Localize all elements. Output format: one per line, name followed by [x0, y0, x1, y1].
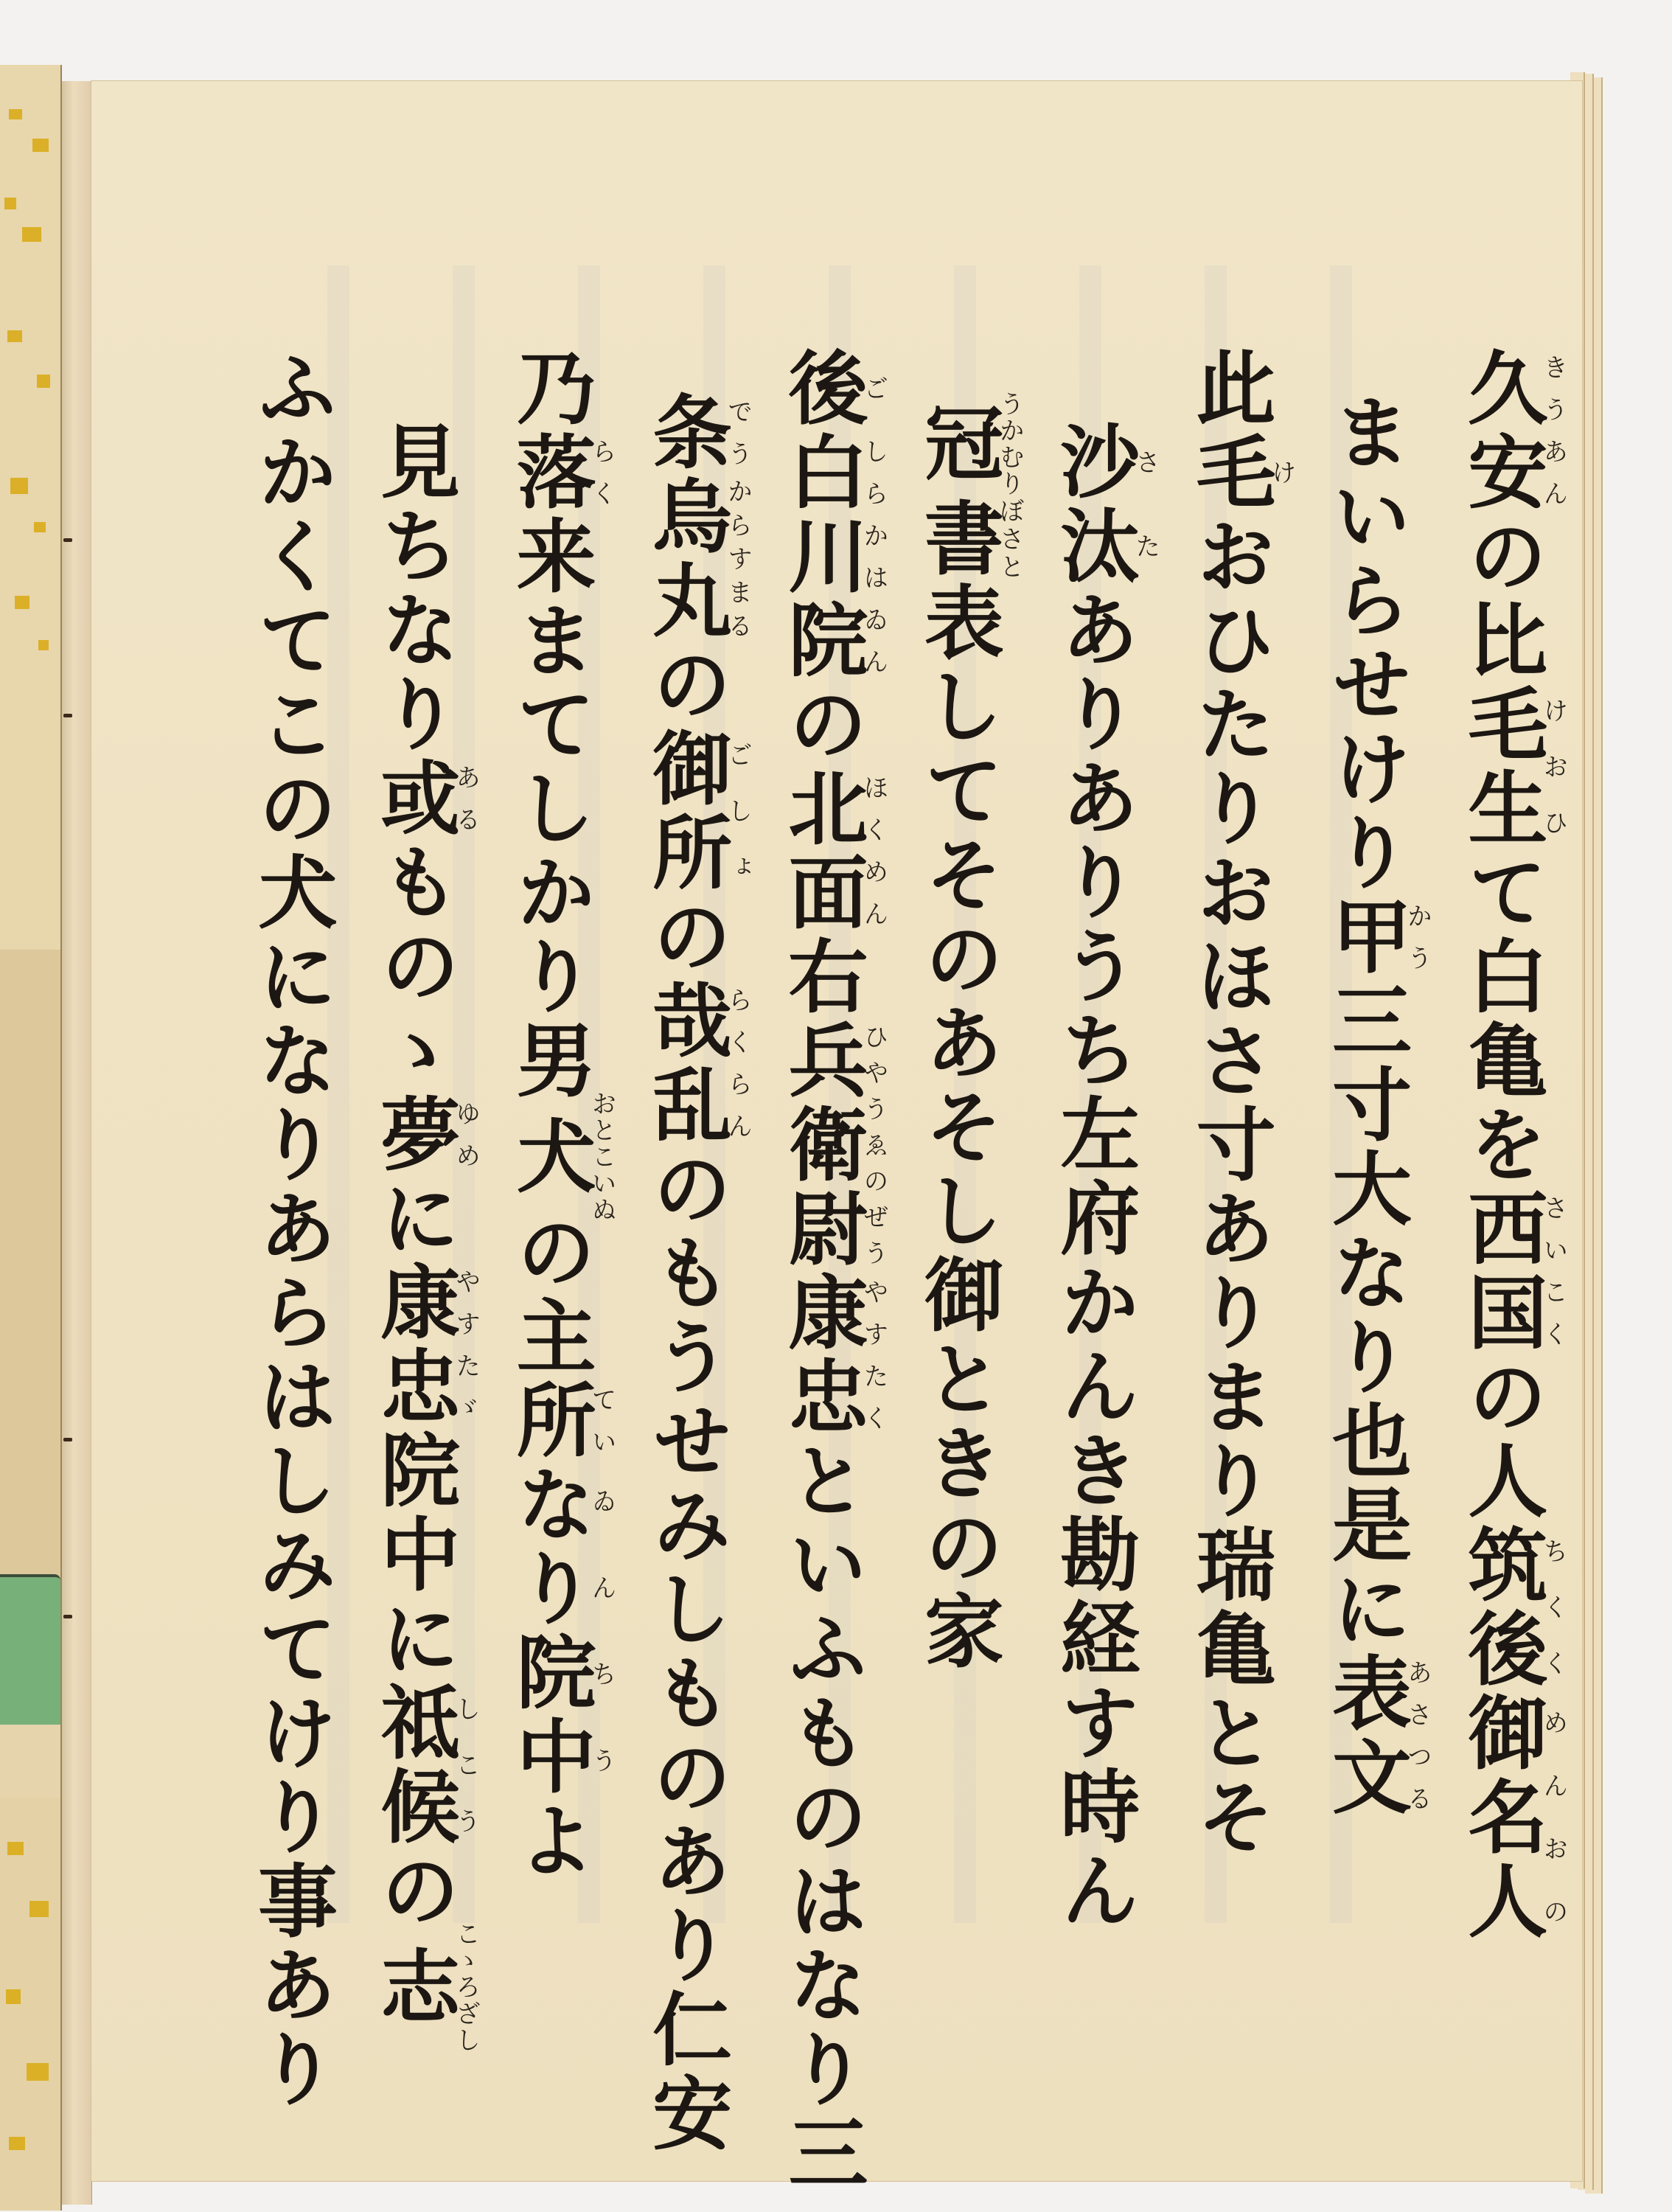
- furigana: うかむり: [995, 391, 1024, 497]
- text-segment: 来まてしかり男: [503, 515, 596, 1103]
- ruby-annotated-text: 夢ゆめ: [367, 1093, 460, 1177]
- ruby-annotated-text: 烏丸からすまる: [639, 475, 732, 643]
- furigana: かう: [1403, 895, 1432, 979]
- binding-stitch-hole: [63, 1438, 72, 1441]
- ruby-annotated-text: 書ぼさと: [910, 497, 1003, 581]
- text-segment: よ: [503, 1799, 596, 1883]
- furigana: た: [1131, 504, 1160, 588]
- furigana: からすまる: [723, 475, 753, 643]
- text-segment: の: [639, 643, 732, 727]
- text-column-3: 此毛けおひたりおほさ寸ありまり瑞亀とそ: [1177, 347, 1294, 2116]
- text-segment: まいらせけり: [1319, 391, 1412, 895]
- text-segment: ありまり瑞亀とそ: [1182, 1187, 1275, 1860]
- cover-green-painting: [0, 1574, 60, 1725]
- text-column-6: 後ご白川院しらかはゐんの北面ほくめん右兵衛尉ひやうゑのぜう康やす忠たくといふもの…: [770, 347, 886, 2116]
- text-segment: の人: [1455, 1355, 1547, 1523]
- text-segment: ありありうち左府かんき勘経す時ん: [1047, 588, 1140, 1933]
- ruby-annotated-text: 哉乱らくらん: [639, 979, 732, 1147]
- binding-gutter: [62, 81, 92, 2205]
- ruby-annotated-text: 祗候しこう: [367, 1681, 460, 1849]
- furigana: ぼさと: [995, 497, 1024, 581]
- text-segment: の: [639, 1147, 732, 1231]
- text-segment: もうせみしものあり仁安: [639, 1231, 732, 2156]
- text-column-1: 久安きうあんの比毛生けおひて白亀を西国さいこくの人筑後ちくく御名人めんおの: [1449, 347, 1566, 2116]
- text-segment: 此: [1182, 347, 1275, 431]
- furigana: らくらん: [723, 979, 753, 1147]
- binding-stitch-hole: [63, 714, 72, 717]
- text-segment: て白亀を: [1455, 851, 1547, 1187]
- furigana: さいこく: [1539, 1187, 1568, 1355]
- ruby-annotated-text: 康忠やすたゞ: [367, 1261, 460, 1429]
- binding-stitch-hole: [63, 1615, 72, 1618]
- furigana: ちくく: [1539, 1523, 1568, 1691]
- furigana: さ: [1131, 420, 1160, 504]
- text-column-5: 冠うかむり書ぼさと表してそのあそし御ときの家: [905, 347, 1022, 2116]
- furigana: でう: [723, 391, 753, 475]
- furigana: らく: [587, 431, 616, 515]
- text-segment: 見ちなり: [367, 420, 460, 757]
- text-column-9: 見ちなり或あるものゝ夢ゆめに康忠やすたゞ院中に祗候しこうの志こゝろざし: [361, 347, 478, 2116]
- text-segment: の: [503, 1211, 596, 1295]
- ruby-annotated-text: 志こゝろざし: [367, 1933, 460, 2053]
- ruby-annotated-text: 落らく: [503, 431, 596, 515]
- furigana: ある: [451, 757, 481, 841]
- furigana: しこう: [451, 1681, 481, 1849]
- text-segment: の: [1455, 515, 1547, 599]
- furigana: ひやうゑのぜう: [859, 1019, 888, 1271]
- furigana: ご: [859, 347, 888, 431]
- furigana: けおひ: [1539, 683, 1568, 851]
- furigana: ごしょ: [723, 727, 753, 895]
- ruby-annotated-text: 犬おとこいぬ: [503, 1103, 596, 1211]
- text-column-2: まいらせけり甲かう三寸大なり也是に表文あさつる: [1313, 347, 1429, 2116]
- ruby-annotated-text: 条でう: [639, 391, 732, 475]
- text-segment: そのあそし: [910, 833, 1003, 1253]
- furigana: てい: [587, 1379, 616, 1463]
- furigana: やすたゞ: [451, 1261, 481, 1429]
- ruby-annotated-text: 兵衛尉ひやうゑのぜう: [775, 1019, 868, 1271]
- text-segment: の: [775, 683, 868, 767]
- ruby-annotated-text: 冠うかむり: [910, 391, 1003, 497]
- book-cover-strip: [0, 65, 62, 2211]
- text-segment: 寸: [1182, 1103, 1275, 1187]
- text-column-4: 沙さ汰たありありうち左府かんき勘経す時ん: [1041, 347, 1157, 2116]
- ruby-annotated-text: 後ご: [775, 347, 868, 431]
- ruby-annotated-text: 康やす: [775, 1271, 868, 1355]
- text-segment: 右: [775, 935, 868, 1019]
- ruby-annotated-text: 忠たく: [775, 1355, 868, 1439]
- text-segment: 表して: [910, 581, 1003, 833]
- ruby-annotated-text: 毛け: [1182, 431, 1275, 515]
- furigana: あさつる: [1403, 1652, 1432, 1820]
- text-segment: 主: [503, 1295, 596, 1379]
- furigana: たく: [859, 1355, 888, 1439]
- text-column-10: ふかくてこの犬になりあらはしみてけり事あり: [239, 347, 342, 2116]
- furigana: け: [1267, 431, 1296, 515]
- ruby-annotated-text: 沙さ: [1047, 420, 1140, 504]
- furigana: ほくめん: [859, 767, 888, 935]
- furigana: きうあん: [1539, 347, 1568, 515]
- furigana: しらかはゐん: [859, 431, 888, 683]
- ruby-annotated-text: 筑後ちくく: [1455, 1523, 1547, 1691]
- furigana: おとこいぬ: [587, 1091, 616, 1223]
- ruby-annotated-text: 甲かう: [1319, 895, 1412, 979]
- text-segment: 比: [1455, 599, 1547, 683]
- text-segment: ふかくてこの犬になりあらはしみてけり: [244, 347, 337, 1860]
- text-column-7: 条でう烏丸からすまるの御所ごしょの哉乱らくらんのもうせみしものあり仁安: [633, 347, 750, 2116]
- ruby-annotated-text: 御名人めんおの: [1455, 1691, 1547, 1944]
- ruby-annotated-text: 表文あさつる: [1319, 1652, 1412, 1820]
- ruby-annotated-text: なり院中ゐんちう: [503, 1463, 596, 1799]
- cover-lower-gold-area: [0, 1798, 60, 2211]
- cover-tan-band: [0, 950, 60, 1613]
- ruby-annotated-text: 汰た: [1047, 504, 1140, 588]
- text-segment: ものゝ: [367, 841, 460, 1093]
- vertical-text-block: 久安きうあんの比毛生けおひて白亀を西国さいこくの人筑後ちくく御名人めんおのまいら…: [239, 347, 1566, 2116]
- text-segment: おひたりおほさ: [1182, 515, 1275, 1103]
- cover-gold-fleck-area: [0, 65, 60, 950]
- furigana: ゐんちう: [587, 1463, 616, 1799]
- text-segment: 乃: [503, 347, 596, 431]
- furigana: めんおの: [1539, 1691, 1568, 1944]
- manuscript-page: 久安きうあんの比毛生けおひて白亀を西国さいこくの人筑後ちくく御名人めんおのまいら…: [91, 81, 1582, 2181]
- text-segment: ときの家: [910, 1338, 1003, 1674]
- text-segment: といふものはなり三: [775, 1439, 868, 2196]
- ruby-annotated-text: 毛生けおひ: [1455, 683, 1547, 851]
- furigana: ゆめ: [451, 1093, 481, 1177]
- ruby-annotated-text: 御所ごしょ: [639, 727, 732, 895]
- text-segment: 院中に: [367, 1429, 460, 1681]
- text-column-8: 乃落らく来まてしかり男犬おとこいぬの主所ていなり院中ゐんちうよ: [498, 347, 614, 2116]
- ruby-annotated-text: 久安きうあん: [1455, 347, 1547, 515]
- ruby-annotated-text: 白川院しらかはゐん: [775, 431, 868, 683]
- ruby-annotated-text: 西国さいこく: [1455, 1187, 1547, 1355]
- text-segment: 事あり: [244, 1860, 337, 2112]
- text-segment: 御: [910, 1253, 1003, 1338]
- text-segment: 三寸大なり也是に: [1319, 979, 1412, 1652]
- text-segment: の: [639, 895, 732, 979]
- binding-stitch-hole: [63, 538, 72, 542]
- ruby-annotated-text: 所てい: [503, 1379, 596, 1463]
- text-segment: に: [367, 1177, 460, 1261]
- furigana: こゝろざし: [451, 1921, 481, 2053]
- ruby-annotated-text: 北面ほくめん: [775, 767, 868, 935]
- ruby-annotated-text: 或ある: [367, 757, 460, 841]
- furigana: やす: [859, 1271, 888, 1355]
